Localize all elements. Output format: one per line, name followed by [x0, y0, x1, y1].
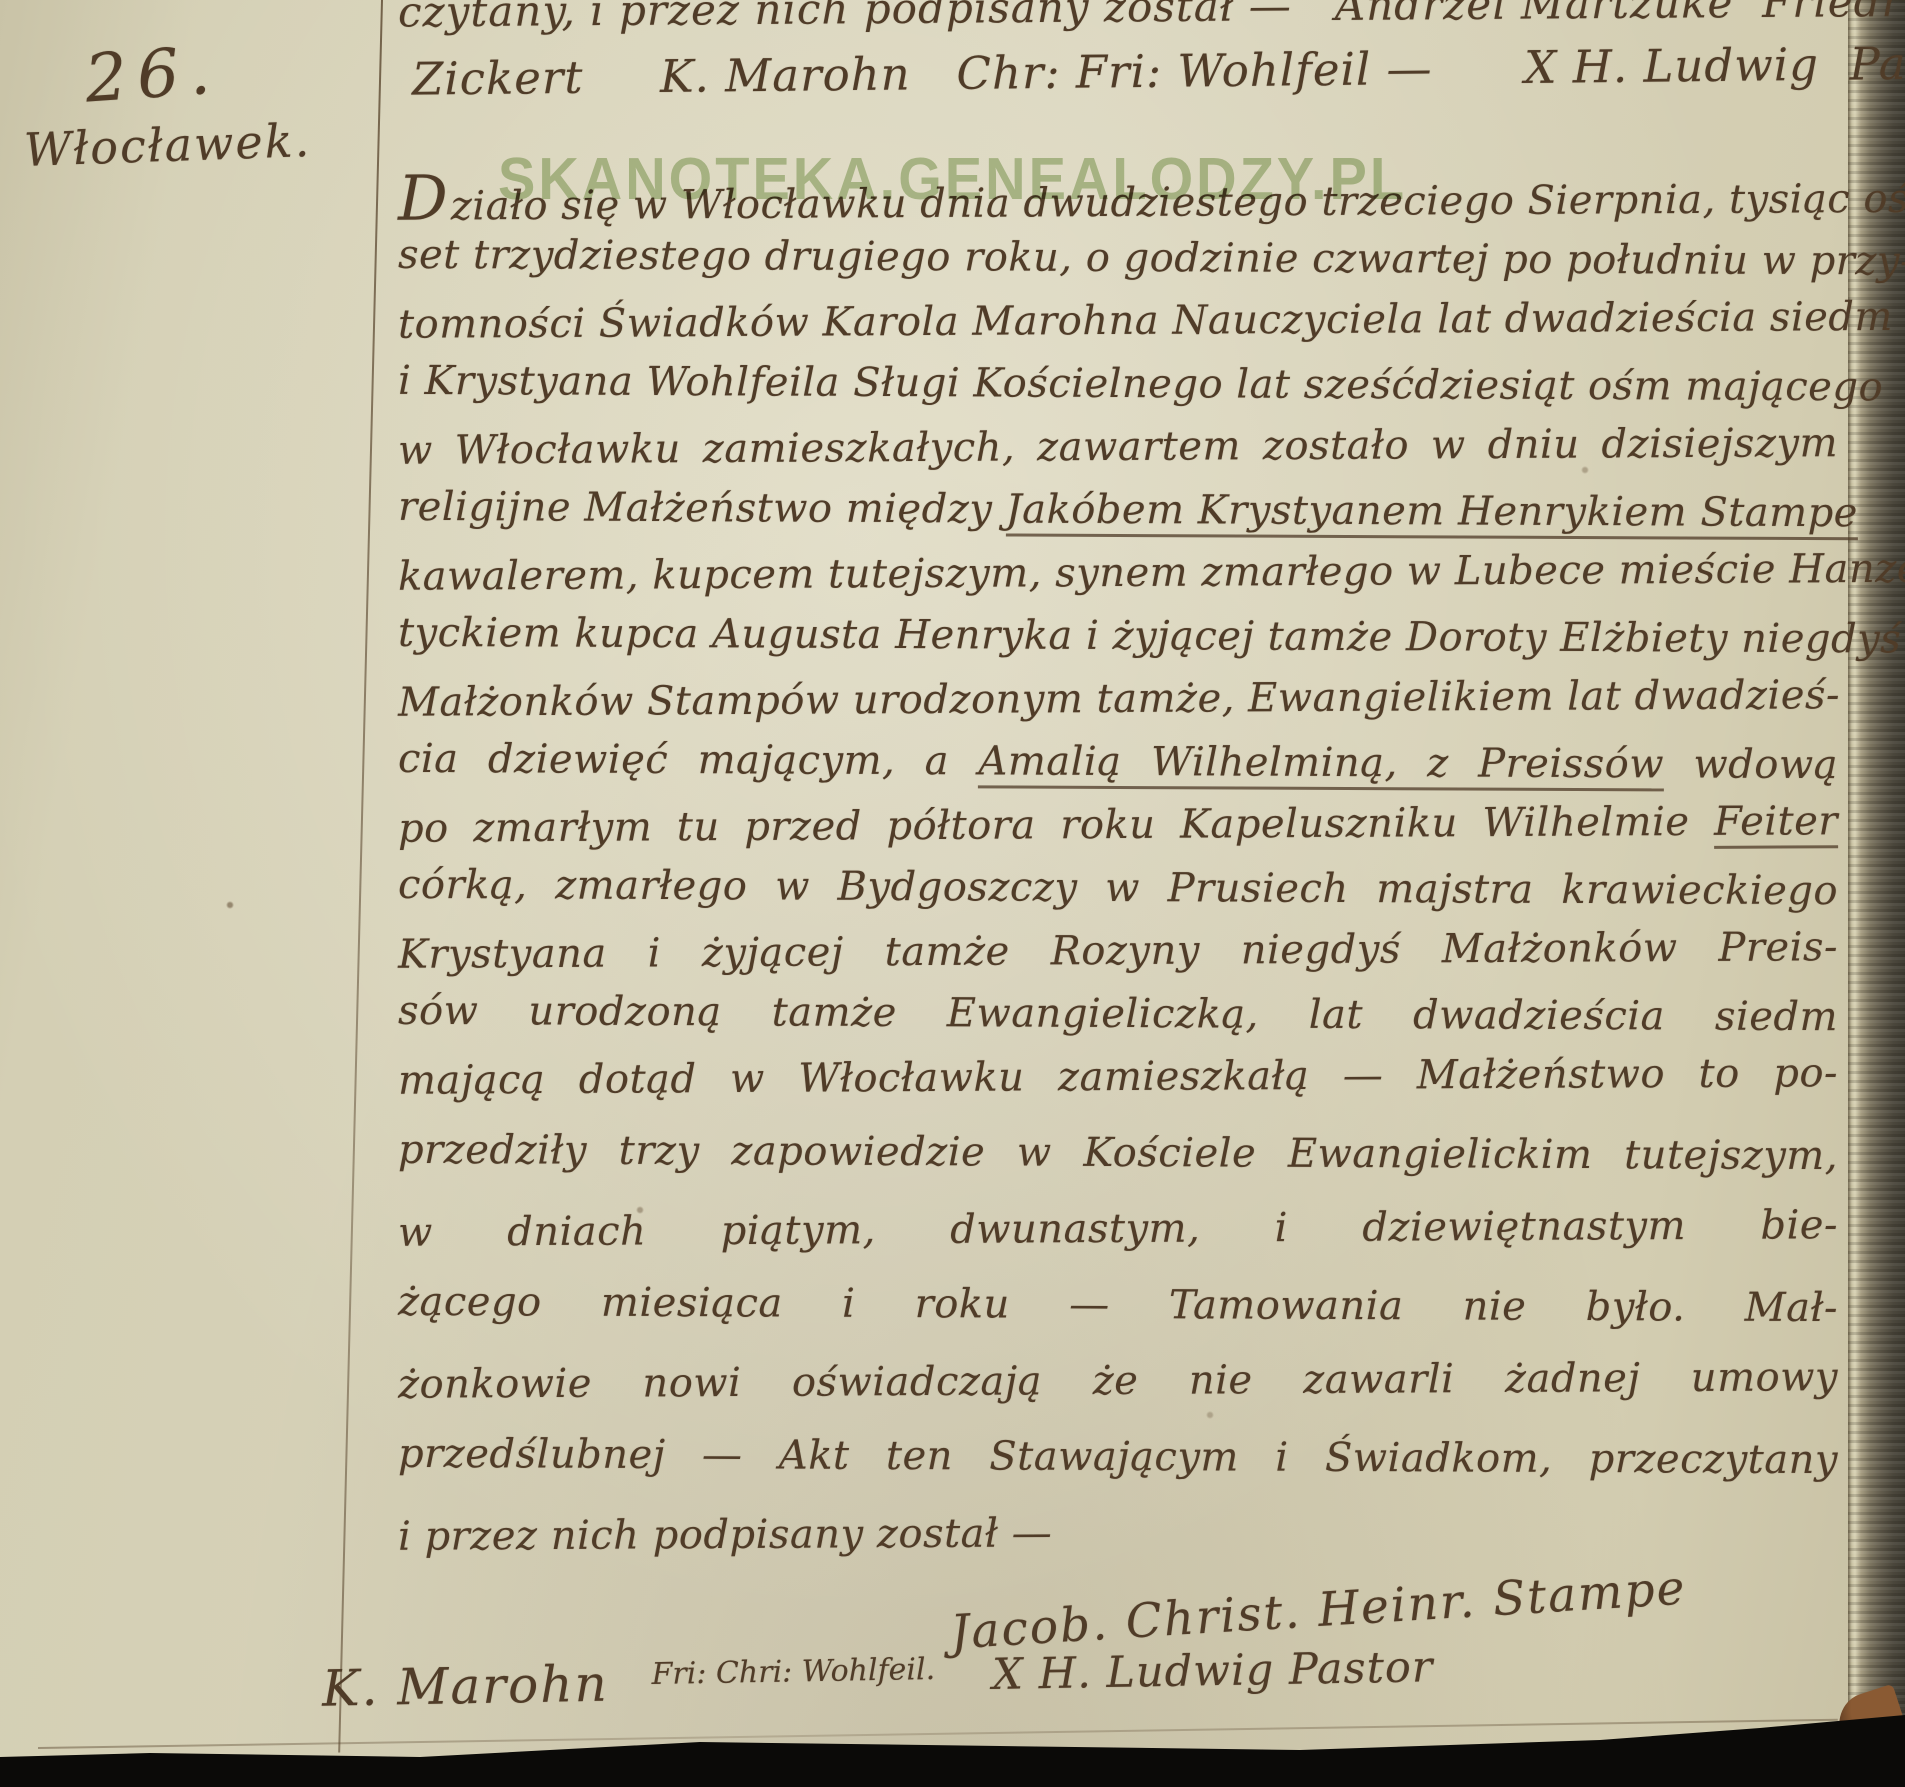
record-line: żącego miesiąca i roku — Tamowania nie b…: [398, 1272, 1838, 1341]
record-line: tomności Świadków Karola Marohna Nauczyc…: [398, 287, 1838, 358]
record-line: przedziły trzy zapowiedzie w Kościele Ew…: [398, 1120, 1838, 1189]
record-text-segment: i przez nich podpisany został —: [398, 1510, 1052, 1559]
record-line: cia dziewięć mającym, a Amalią Wilhelmin…: [398, 729, 1838, 798]
record-body: Działo się w Włocławku dnia dwudziestego…: [398, 165, 1838, 1566]
record-line: tyckiem kupca Augusta Henryka i żyjącej …: [398, 603, 1838, 672]
record-text-segment: córką, zmarłego w Bydgoszczy w Prusiech …: [398, 862, 1838, 914]
witness-signature-marohn: K. Marohn: [322, 1655, 610, 1718]
record-text-segment: przedziły trzy zapowiedzie w Kościele Ew…: [398, 1127, 1838, 1179]
record-line: mającą dotąd w Włocławku zamieszkałą — M…: [398, 1043, 1838, 1114]
record-text-segment: w dniach piątym, dwunastym, i dziewiętna…: [398, 1202, 1838, 1256]
record-line: i przez nich podpisany został —: [398, 1499, 1838, 1570]
record-line: przedślubnej — Akt ten Stawającym i Świa…: [398, 1424, 1838, 1493]
record-line: w dniach piątym, dwunastym, i dziewiętna…: [398, 1195, 1838, 1266]
record-text-segment: wdową: [1664, 741, 1838, 788]
record-text-segment: religijne Małżeństwo między: [398, 484, 1006, 533]
record-text-segment: kawalerem, kupcem tutejszym, synem zmarł…: [398, 546, 1905, 600]
record-line: kawalerem, kupcem tutejszym, synem zmarł…: [398, 539, 1838, 610]
bottom-rule-line: [38, 1719, 1838, 1749]
underlined-name: Jakóbem Krystyanem Henrykiem Stampe: [1006, 487, 1858, 541]
record-text-segment: Krystyana i żyjącej tamże Rozyny niegdyś…: [398, 924, 1838, 978]
record-line: sów urodzoną tamże Ewangieliczką, lat dw…: [398, 981, 1838, 1050]
record-text-segment: i Krystyana Wohlfeila Sługi Kościelnego …: [398, 358, 1883, 410]
page-corner-curl: [1830, 1684, 1905, 1773]
record-line: żonkowie nowi oświadczają że nie zawarli…: [398, 1347, 1838, 1418]
record-text-segment: przedślubnej — Akt ten Stawającym i Świa…: [398, 1431, 1838, 1483]
document-scan: 26. Włocławek. czytany, i przez nich pod…: [0, 0, 1905, 1787]
margin-rule-line: [338, 0, 383, 1753]
underlined-name: Amalią Wilhelminą, z Preissów: [978, 738, 1664, 791]
signatures-row: K. Marohn Fri: Chri: Wohlfeil. X H. Ludw…: [322, 1640, 1434, 1717]
record-text-segment: sów urodzoną tamże Ewangieliczką, lat dw…: [398, 988, 1838, 1040]
entry-number: 26.: [82, 31, 222, 117]
underlined-name: Feiter: [1714, 798, 1838, 849]
record-text-segment: po zmarłym tu przed półtora roku Kapelus…: [398, 799, 1714, 852]
record-text-segment: żonkowie nowi oświadczają że nie zawarli…: [398, 1354, 1838, 1408]
record-text-segment: cia dziewięć mającym, a: [398, 736, 979, 785]
pastor-signature: X H. Ludwig Pastor: [992, 1642, 1434, 1700]
record-line: religijne Małżeństwo między Jakóbem Krys…: [398, 477, 1838, 546]
previous-record-closing-line: czytany, i przez nich podpisany został —…: [398, 0, 1905, 36]
witness-signature-wohlfeil: Fri: Chri: Wohlfeil.: [651, 1652, 935, 1692]
record-line: set trzydziestego drugiego roku, o godzi…: [398, 225, 1838, 294]
record-line: po zmarłym tu przed półtora roku Kapelus…: [398, 791, 1838, 862]
record-line: Małżonków Stampów urodzonym tamże, Ewang…: [398, 665, 1838, 736]
register-page: 26. Włocławek. czytany, i przez nich pod…: [0, 0, 1905, 1787]
record-line: i Krystyana Wohlfeila Sługi Kościelnego …: [398, 351, 1838, 420]
record-text-segment: set trzydziestego drugiego roku, o godzi…: [398, 232, 1905, 285]
record-text-segment: w Włocławku zamieszkałych, zawartem zost…: [398, 420, 1838, 474]
record-text-segment: żącego miesiąca i roku — Tamowania nie b…: [398, 1279, 1838, 1331]
record-text-segment: tomności Świadków Karola Marohna Nauczyc…: [398, 294, 1893, 348]
record-line: w Włocławku zamieszkałych, zawartem zost…: [398, 413, 1838, 484]
record-text-segment: Małżonków Stampów urodzonym tamże, Ewang…: [398, 672, 1840, 726]
record-line: Krystyana i żyjącej tamże Rozyny niegdyś…: [398, 917, 1838, 988]
record-text-segment: tyckiem kupca Augusta Henryka i żyjącej …: [398, 610, 1901, 663]
entry-place-name: Włocławek.: [23, 113, 312, 177]
watermark: SKANOTEKA.GENEALODZY.PL: [498, 144, 1407, 213]
previous-record-signatures-line: Zickert K. Marohn Chr: Fri: Wohlfeil — X…: [412, 35, 1905, 105]
record-text-segment: mającą dotąd w Włocławku zamieszkałą — M…: [398, 1050, 1838, 1104]
record-line: córką, zmarłego w Bydgoszczy w Prusiech …: [398, 855, 1838, 924]
